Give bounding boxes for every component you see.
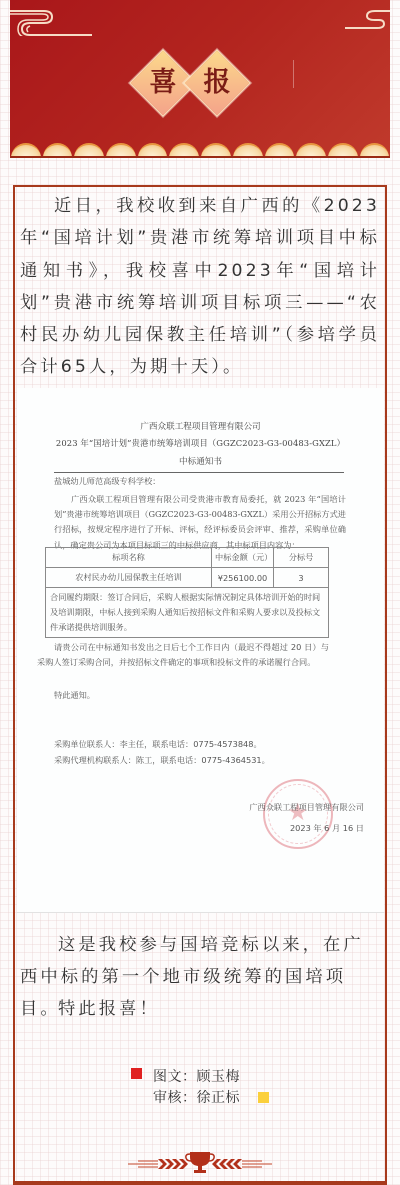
table-cell: ¥256100.00 [212, 568, 274, 588]
closing-line: 特此报喜！ [58, 993, 400, 1025]
author-credit: 图文：顾玉梅 [153, 1066, 240, 1086]
decorative-mark [293, 60, 294, 88]
banner-title-char: 报 [193, 59, 241, 107]
doc-contact: 采购单位联系人：李主任，联系电话：0775-4573848。 [37, 737, 329, 752]
doc-recipient: 盐城幼儿师范高级专科学校： [54, 474, 346, 489]
doc-company: 广西众联工程项目管理有限公司 [17, 420, 384, 432]
table-header: 中标金额（元） [212, 548, 274, 568]
doc-title: 中标通知书 [17, 455, 384, 467]
trophy-divider-icon [128, 1150, 272, 1176]
banner-divider [10, 156, 390, 158]
yellow-square-icon [258, 1092, 269, 1103]
cloud-ornament-icon [10, 8, 92, 36]
doc-closing: 特此通知。 [37, 688, 329, 703]
doc-body: 请贵公司在中标通知书发出之日后七个工作日内（最迟不得超过 20 日）与采购人签订… [37, 640, 329, 670]
table-note: 合同履约期限：签订合同后，采购人根据实际情况制定具体培训开始的时间及培训期限，中… [46, 588, 329, 638]
red-square-icon [131, 1068, 142, 1079]
table-header-row: 标项名称 中标金额（元） 分标号 [46, 548, 329, 568]
doc-divider [54, 472, 344, 473]
banner-title-char: 喜 [139, 59, 187, 107]
reviewer-credit: 审核：徐正标 [153, 1087, 240, 1107]
table-header: 标项名称 [46, 548, 212, 568]
doc-project-title: 2023 年“国培计划”贵港市统筹培训项目（GGZC2023-G3-00483-… [17, 437, 384, 449]
doc-signature-date: 2023 年 6 月 16 日 [290, 823, 364, 834]
table-cell: 3 [274, 568, 329, 588]
award-table: 标项名称 中标金额（元） 分标号 农村民办幼儿园保教主任培训 ¥256100.0… [45, 547, 329, 638]
table-cell: 农村民办幼儿园保教主任培训 [46, 568, 212, 588]
table-note-row: 合同履约期限：签订合同后，采购人根据实际情况制定具体培训开始的时间及培训期限，中… [46, 588, 329, 638]
table-header: 分标号 [274, 548, 329, 568]
doc-signature-company: 广西众联工程项目管理有限公司 [249, 802, 364, 813]
intro-paragraph: 近日，我校收到来自广西的《2023年“国培计划”贵港市统筹培训项目中标通知书》，… [20, 190, 380, 384]
table-row: 农村民办幼儿园保教主任培训 ¥256100.00 3 [46, 568, 329, 588]
doc-contact: 采购代理机构联系人：陈工，联系电话：0775-4364531。 [37, 753, 329, 768]
cloud-ornament-icon [345, 8, 390, 30]
frame-bottom-border [13, 1181, 387, 1185]
doc-body: 广西众联工程项目管理有限公司受贵港市教育局委托，就 2023 年“国培计划”贵港… [54, 492, 346, 553]
